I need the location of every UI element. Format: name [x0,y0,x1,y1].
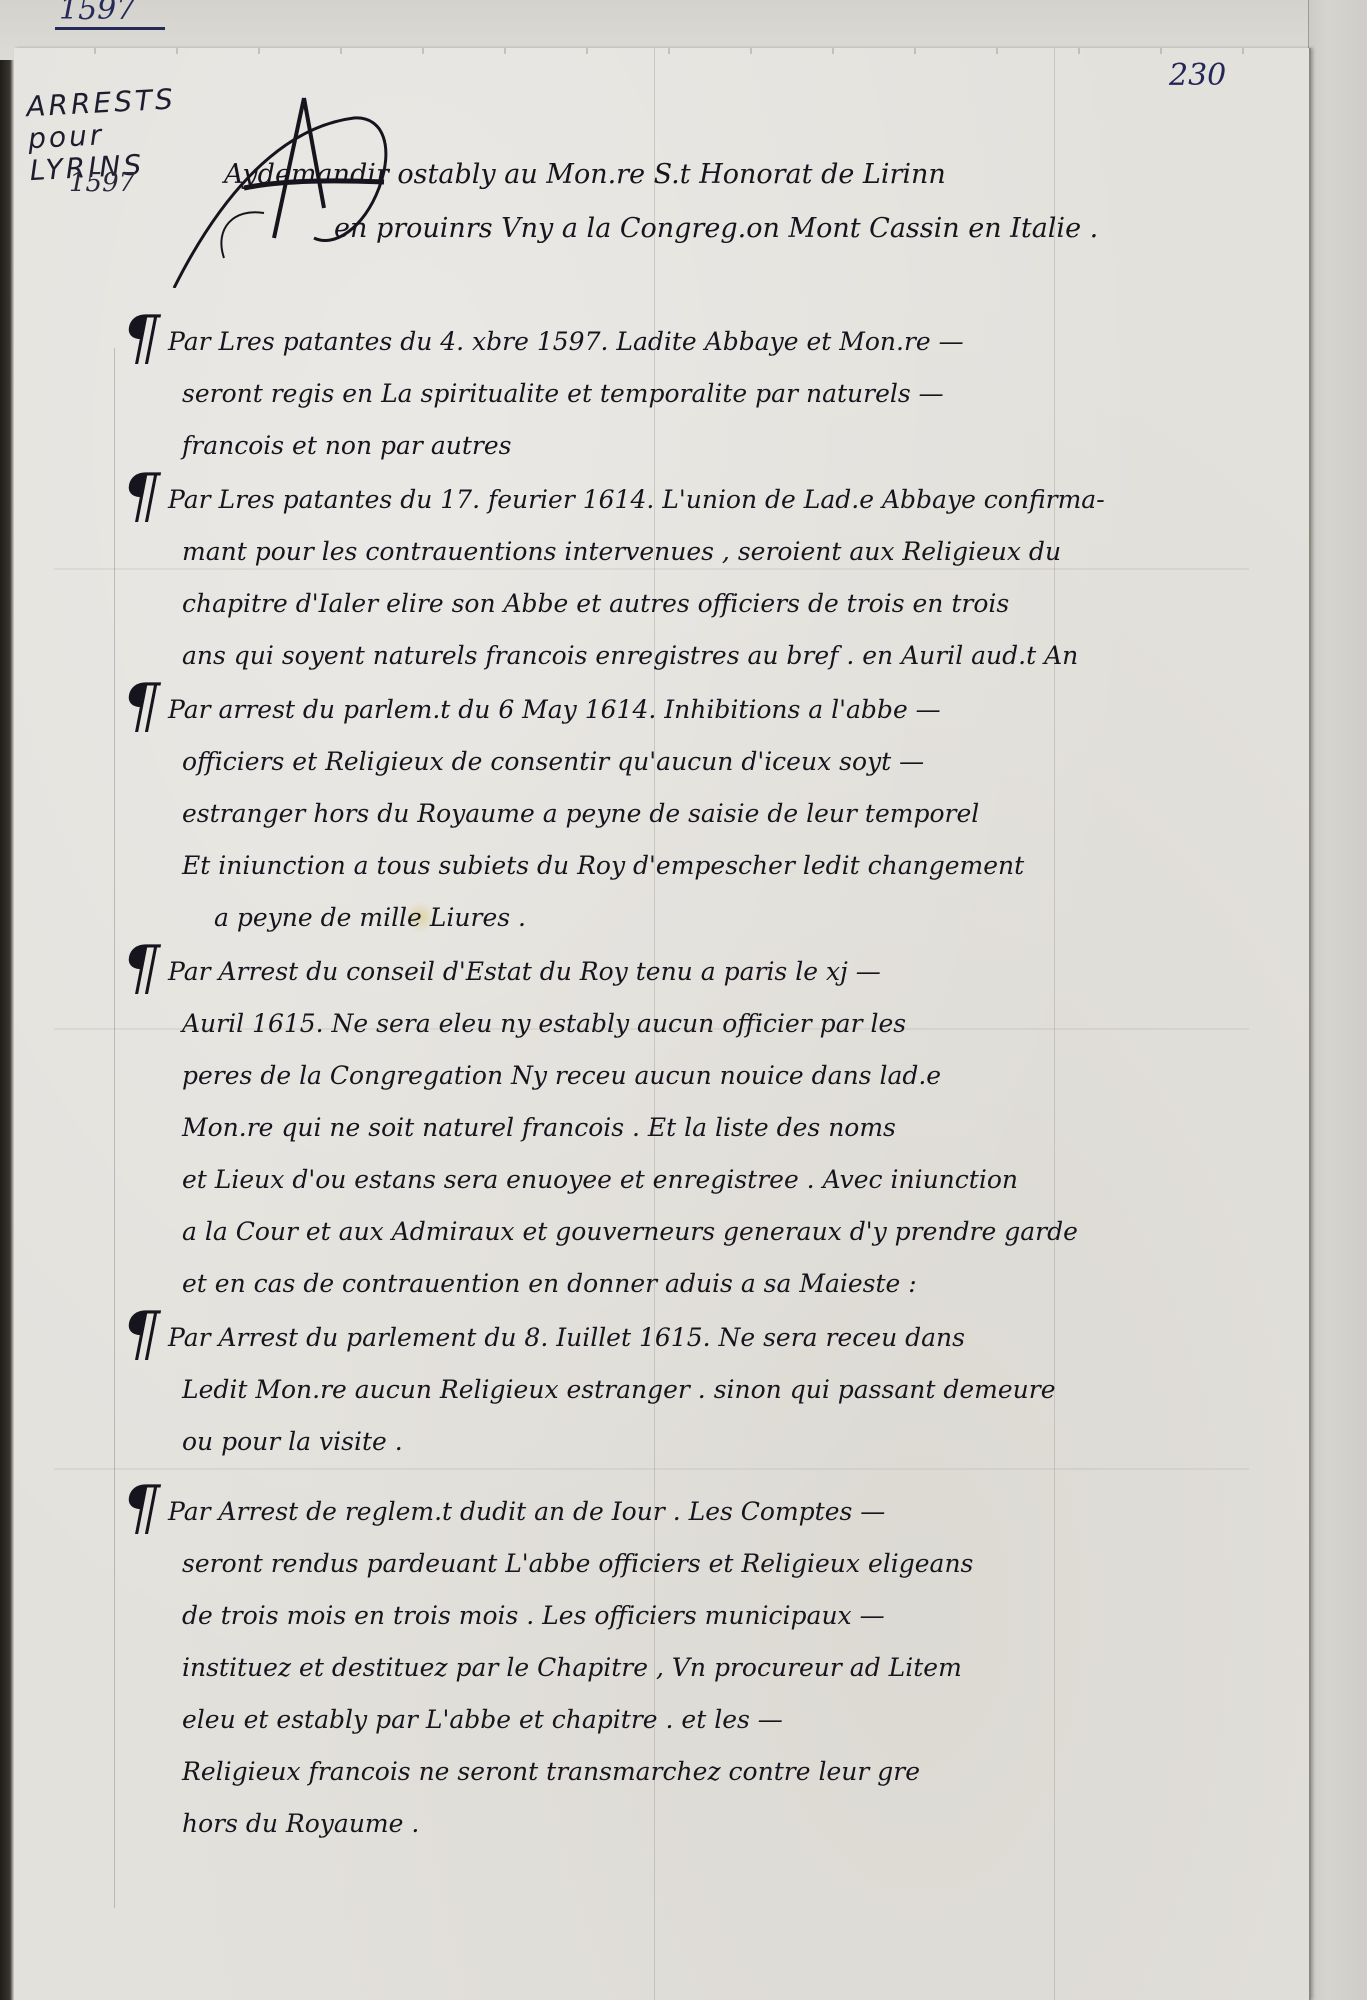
text-line: Mon.re qui ne soit naturel francois . Et… [134,1102,1314,1154]
text-line: Par Arrest de reglem.t dudit an de Iour … [134,1486,1314,1538]
left-margin-rule [114,348,115,1908]
text-line: chapitre d'Ialer elire son Abbe et autre… [134,578,1314,630]
text-line: Religieux francois ne seront transmarche… [134,1746,1314,1798]
adjacent-page-edge [1308,0,1367,2000]
manuscript-body: ¶ Par Lres patantes du 4. xbre 1597. Lad… [134,316,1314,1852]
text-line: ou pour la visite . [134,1416,1314,1468]
text-line: Par Arrest du conseil d'Estat du Roy ten… [134,946,1314,998]
text-line: officiers et Religieux de consentir qu'a… [134,736,1314,788]
text-line: ans qui soyent naturels francois enregis… [134,630,1314,682]
text-line: Par Arrest du parlement du 8. Iuillet 16… [134,1312,1314,1364]
text-line: mant pour les contrauentions intervenues… [134,526,1314,578]
paragraph-arrest-conseil-1615: ¶ Par Arrest du conseil d'Estat du Roy t… [134,946,1314,1310]
paragraph-arrest-reglement: ¶ Par Arrest de reglem.t dudit an de Iou… [134,1486,1314,1850]
text-line: estranger hors du Royaume a peyne de sai… [134,788,1314,840]
manuscript-page: ARRESTS pour LYRINS 230 1597 Aydemandir … [14,48,1311,2000]
paragraph-mark-icon: ¶ [122,938,160,998]
text-line: a peyne de mille Liures . [134,892,1314,944]
folio-number: 230 [1169,58,1226,93]
text-line: hors du Royaume . [134,1798,1314,1850]
paragraph-mark-icon: ¶ [122,1478,160,1538]
text-line: a la Cour et aux Admiraux et gouverneurs… [134,1206,1314,1258]
document-title: Aydemandir ostably au Mon.re S.t Honorat… [224,148,1224,256]
paragraph-lettres-1597: ¶ Par Lres patantes du 4. xbre 1597. Lad… [134,316,1314,472]
text-line: peres de la Congregation Ny receu aucun … [134,1050,1314,1102]
text-line: Et iniunction a tous subiets du Roy d'em… [134,840,1314,892]
text-line: et en cas de contrauention en donner adu… [134,1258,1314,1310]
text-line: Par Lres patantes du 4. xbre 1597. Ladit… [134,316,1314,368]
text-line: Auril 1615. Ne sera eleu ny estably aucu… [134,998,1314,1050]
paragraph-lettres-1614: ¶ Par Lres patantes du 17. feurier 1614.… [134,474,1314,682]
paragraph-arrest-parlement-1614: ¶ Par arrest du parlem.t du 6 May 1614. … [134,684,1314,944]
text-line: Par arrest du parlem.t du 6 May 1614. In… [134,684,1314,736]
text-line: seront rendus pardeuant L'abbe officiers… [134,1538,1314,1590]
manuscript-scan: 1597 ARRESTS pour LYRINS 230 1597 Aydema… [0,0,1367,2000]
text-line: et Lieux d'ou estans sera enuoyee et enr… [134,1154,1314,1206]
text-line: eleu et estably par L'abbe et chapitre .… [134,1694,1314,1746]
paragraph-mark-icon: ¶ [122,1304,160,1364]
text-line: Ledit Mon.re aucun Religieux estranger .… [134,1364,1314,1416]
paragraph-mark-icon: ¶ [122,308,160,368]
paragraph-arrest-parlement-1615: ¶ Par Arrest du parlement du 8. Iuillet … [134,1312,1314,1468]
text-line: Par Lres patantes du 17. feurier 1614. L… [134,474,1314,526]
text-line: francois et non par autres [134,420,1314,472]
margin-year: 1597 [69,168,135,198]
page-edge-texture [14,48,1309,54]
paragraph-mark-icon: ¶ [122,676,160,736]
title-line-2: en prouinrs Vny a la Congreg.on Mont Cas… [224,202,1224,256]
text-line: instituez et destituez par le Chapitre ,… [134,1642,1314,1694]
title-line-1: Aydemandir ostably au Mon.re S.t Honorat… [224,148,1224,202]
under-sheet-year: 1597 [55,0,165,30]
text-line: seront regis en La spiritualite et tempo… [134,368,1314,420]
paragraph-mark-icon: ¶ [122,466,160,526]
text-line: de trois mois en trois mois . Les offici… [134,1590,1314,1642]
